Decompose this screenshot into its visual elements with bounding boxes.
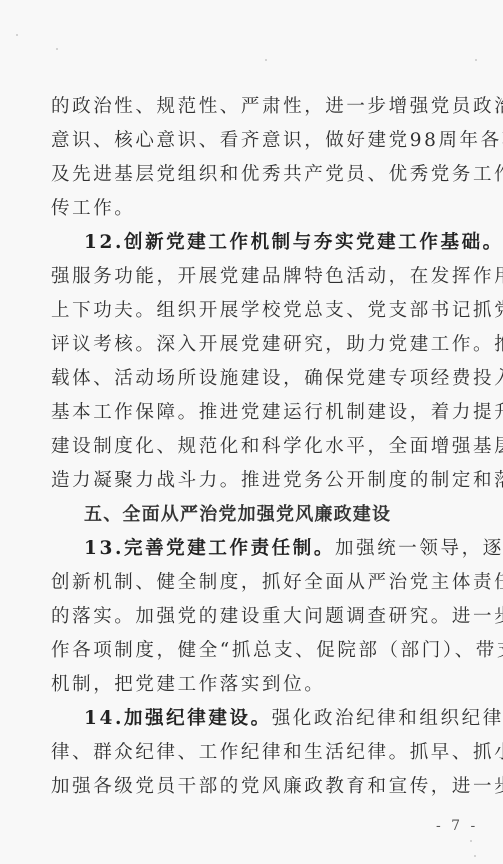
text-line: 传工作。 [51,192,475,226]
text-line: 建设制度化、规范化和科学化水平，全面增强基层党组织的创 [51,430,475,464]
scan-speck [470,840,472,842]
text-line: 意识、核心意识、看齐意识，做好建党98周年各项庆典工作以 [51,124,475,158]
document-body: 的政治性、规范性、严肃性，进一步增强党员政治意识、大局 意识、核心意识、看齐意识… [51,90,475,804]
paragraph-14-first-line: 14.加强纪律建设。强化政治纪律和组织纪律，带动廉洁纪 [51,702,475,736]
section-heading-5: 五、全面从严治党加强党风廉政建设 [51,498,475,532]
text-line: 及先进基层党组织和优秀共产党员、优秀党务工作者的表彰宣 [51,158,475,192]
text-run: 加强统一领导，逐级明确责任。 [335,538,503,559]
item-12-lead-heading: 12.创新党建工作机制与夯实党建工作基础。 [84,232,503,253]
text-line: 律、群众纪律、工作纪律和生活纪律。抓早、抓小，防微杜渐。 [51,736,475,770]
scan-speck [265,59,267,61]
text-line: 载体、活动场所设施建设，确保党建专项经费投入，完善各项 [51,362,475,396]
text-run: 强化政治纪律和组织纪律，带动廉洁纪 [272,708,503,729]
text-line: 评议考核。深入开展党建研究，助力党建工作。推进党建工作 [51,328,475,362]
text-line: 加强各级党员干部的党风廉政教育和宣传，进一步加强廉政文 [51,770,475,804]
text-line: 造力凝聚力战斗力。推进党务公开制度的制定和落实。 [51,464,475,498]
scan-speck [16,34,18,36]
text-line: 基本工作保障。推进党建运行机制建设，着力提升各级党组织 [51,396,475,430]
item-14-lead-heading: 14.加强纪律建设。 [84,708,272,729]
text-line: 作各项制度，健全“抓总支、促院部（部门）、带支部”工作 [51,634,475,668]
text-line: 机制，把党建工作落实到位。 [51,668,475,702]
page-number: - 7 - [436,818,478,834]
text-line: 创新机制、健全制度，抓好全面从严治党主体责任和监督责任 [51,566,475,600]
paragraph-13-first-line: 13.完善党建工作责任制。加强统一领导，逐级明确责任。 [51,532,475,566]
text-line: 的落实。加强党的建设重大问题调查研究。进一步完善党建工 [51,600,475,634]
document-page: 的政治性、规范性、严肃性，进一步增强党员政治意识、大局 意识、核心意识、看齐意识… [0,0,503,864]
item-13-lead-heading: 13.完善党建工作责任制。 [84,538,335,559]
text-line: 强服务功能，开展党建品牌特色活动，在发挥作用、增强实效 [51,260,475,294]
paragraph-12-first-line: 12.创新党建工作机制与夯实党建工作基础。创新形式，增 [51,226,475,260]
scan-speck [474,855,476,857]
scan-speck [475,59,477,61]
text-line: 的政治性、规范性、严肃性，进一步增强党员政治意识、大局 [51,90,475,124]
text-line: 上下功夫。组织开展学校党总支、党支部书记抓党建工作述职 [51,294,475,328]
scan-speck [56,48,58,50]
